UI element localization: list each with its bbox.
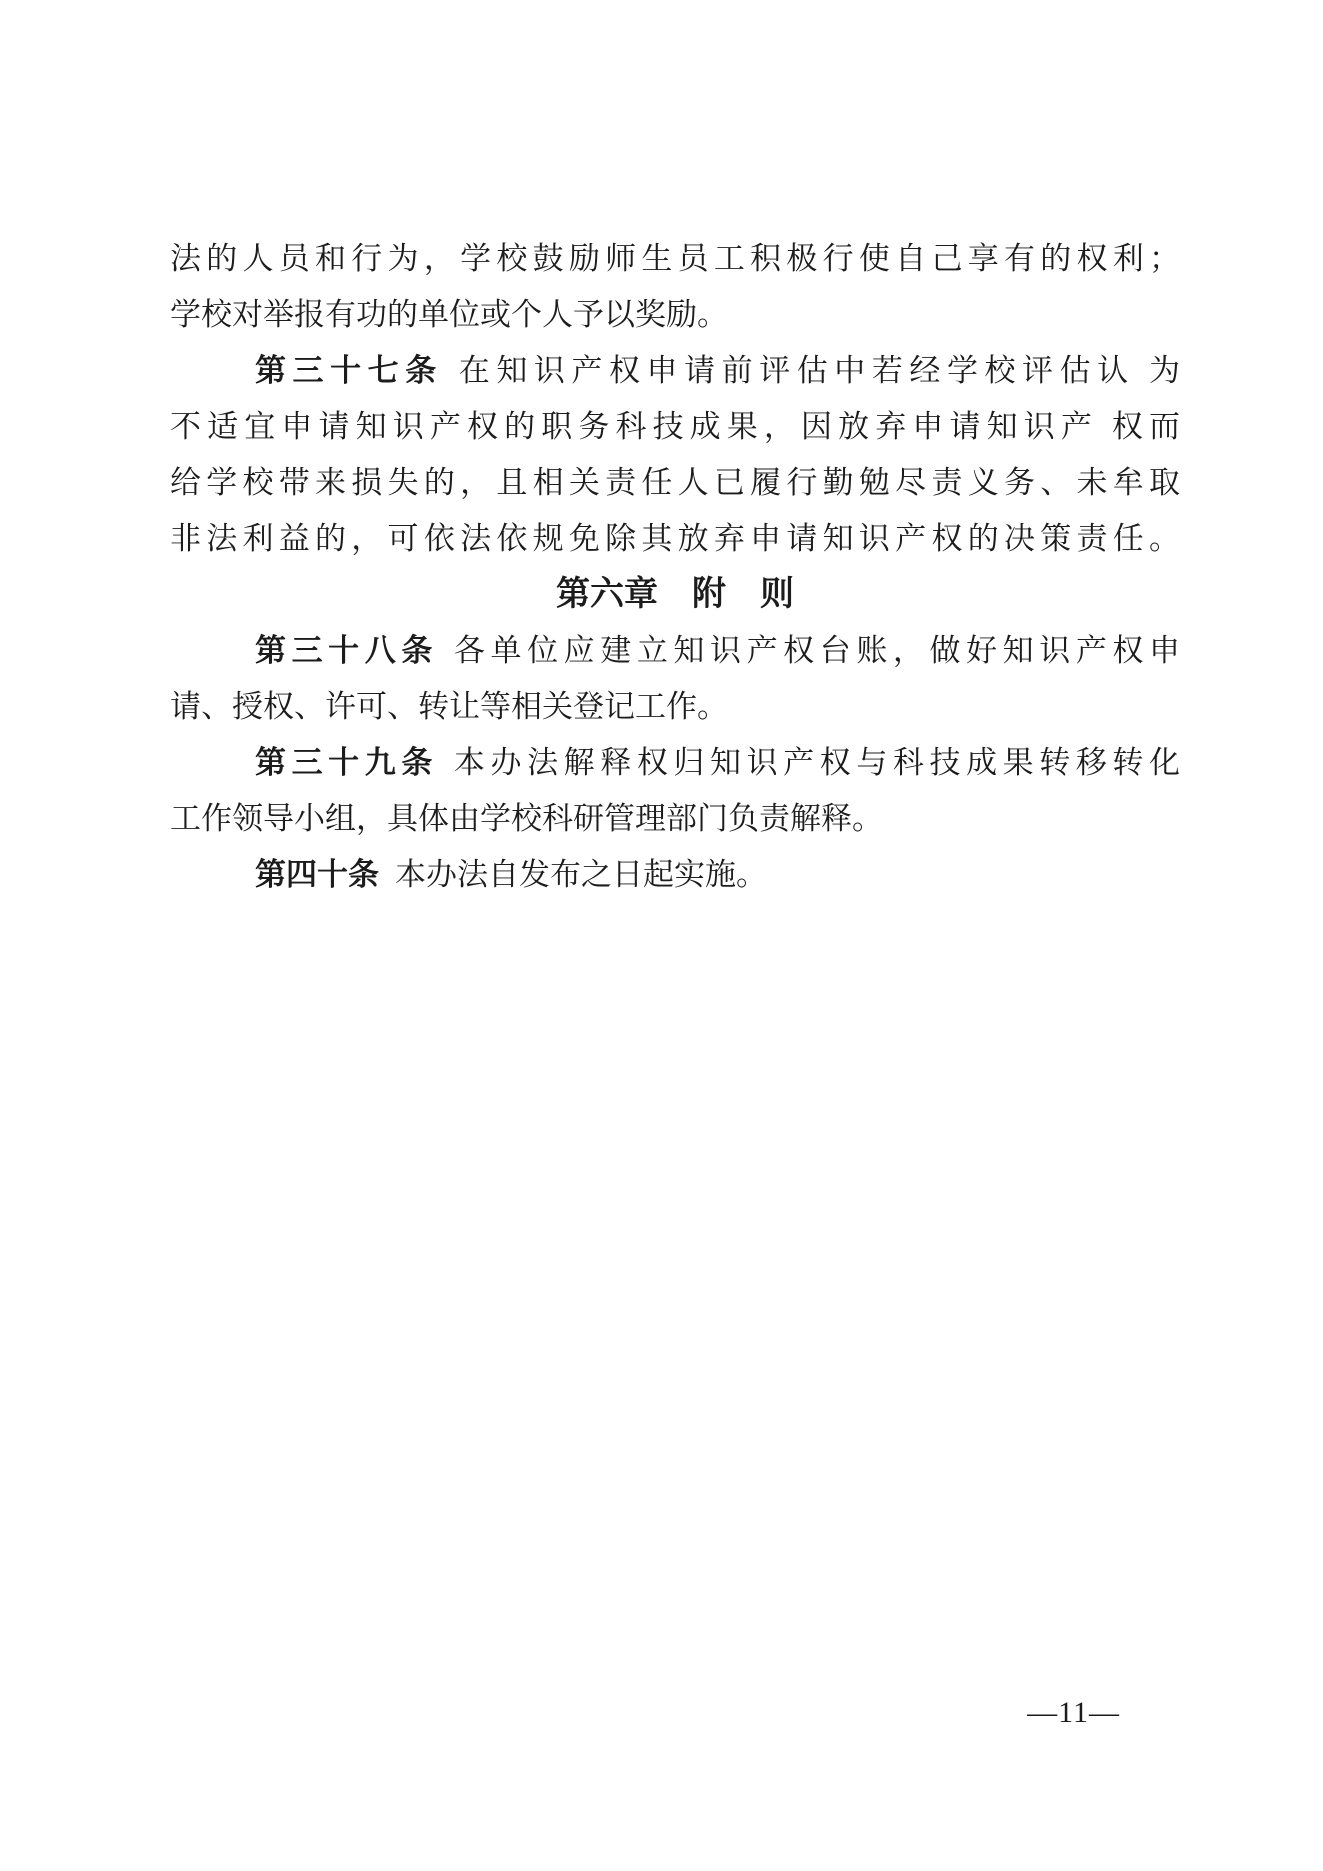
line-text: 第六章 附 则 bbox=[556, 576, 794, 613]
line-text: 非法利益的，可依法依规免除其放弃申请知识产权的决策责任。 bbox=[170, 521, 1180, 556]
article-number: 第四十条 bbox=[255, 857, 379, 892]
document-line: 第三十七条在知识产权申请前评估中若经学校评估认 为 bbox=[170, 343, 1180, 399]
document-line: 非法利益的，可依法依规免除其放弃申请知识产权的决策责任。 bbox=[170, 511, 1180, 567]
page-number: —11— bbox=[1027, 1695, 1120, 1731]
document-line: 工作领导小组，具体由学校科研管理部门负责解释。 bbox=[170, 791, 1180, 847]
document-line: 法的人员和行为，学校鼓励师生员工积极行使自己享有的权利； bbox=[170, 231, 1180, 287]
article-number: 第三十九条 bbox=[255, 745, 438, 780]
line-text: 不适宜申请知识产权的职务科技成果，因放弃申请知识产 权而 bbox=[170, 409, 1180, 444]
document-line: 第三十八条各单位应建立知识产权台账，做好知识产权申 bbox=[170, 623, 1180, 679]
document-page: 法的人员和行为，学校鼓励师生员工积极行使自己享有的权利；学校对举报有功的单位或个… bbox=[0, 0, 1323, 1871]
line-text: 请、授权、许可、转让等相关登记工作。 bbox=[170, 689, 728, 724]
line-text: 法的人员和行为，学校鼓励师生员工积极行使自己享有的权利； bbox=[170, 241, 1180, 276]
document-line: 第四十条本办法自发布之日起实施。 bbox=[170, 847, 1180, 903]
article-number: 第三十七条 bbox=[255, 353, 443, 388]
line-text: 本办法自发布之日起实施。 bbox=[395, 857, 767, 892]
line-text: 在知识产权申请前评估中若经学校评估认 为 bbox=[459, 353, 1180, 388]
document-line: 第三十九条本办法解释权归知识产权与科技成果转移转化 bbox=[170, 735, 1180, 791]
document-line: 学校对举报有功的单位或个人予以奖励。 bbox=[170, 287, 1180, 343]
line-text: 给学校带来损失的，且相关责任人已履行勤勉尽责义务、未牟取 bbox=[170, 465, 1180, 500]
line-text: 学校对举报有功的单位或个人予以奖励。 bbox=[170, 297, 728, 332]
document-line: 不适宜申请知识产权的职务科技成果，因放弃申请知识产 权而 bbox=[170, 399, 1180, 455]
article-number: 第三十八条 bbox=[255, 633, 438, 668]
document-text-block: 法的人员和行为，学校鼓励师生员工积极行使自己享有的权利；学校对举报有功的单位或个… bbox=[170, 231, 1180, 903]
line-text: 工作领导小组，具体由学校科研管理部门负责解释。 bbox=[170, 801, 883, 836]
section-heading: 第六章 附 则 bbox=[170, 567, 1180, 623]
document-line: 请、授权、许可、转让等相关登记工作。 bbox=[170, 679, 1180, 735]
document-line: 给学校带来损失的，且相关责任人已履行勤勉尽责义务、未牟取 bbox=[170, 455, 1180, 511]
line-text: 本办法解释权归知识产权与科技成果转移转化 bbox=[454, 745, 1180, 780]
line-text: 各单位应建立知识产权台账，做好知识产权申 bbox=[454, 633, 1180, 668]
